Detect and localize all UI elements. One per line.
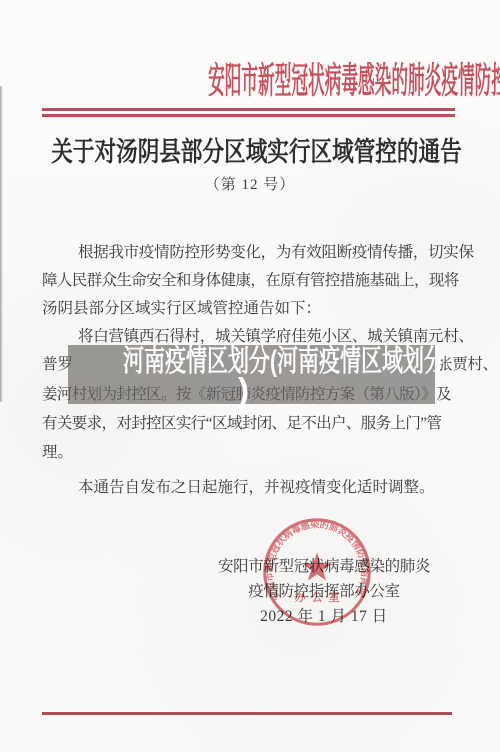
official-seal-graphic: 安阳市新型冠状病毒感染的肺炎疫情防控指挥部 办公室 [259, 514, 375, 630]
scanned-notice-document: 安阳市新型冠状病毒感染的肺炎疫情防控指挥部办公室 关于对汤阴县部分区域实行区域管… [0, 0, 500, 752]
body-line: 汤阴县部分区域实行区域管控通告如下： [42, 296, 458, 318]
body-line: 障人民群众生命安全和身体健康，在原有管控措施基础上，现将 [42, 268, 458, 290]
body-line: 根据我市疫情防控形势变化，为有效阻断疫情传播，切实保 [42, 240, 494, 262]
headline-overlay: 河南疫情区划分(河南疫情区域划分 ) [68, 345, 435, 404]
body-line-fragment-right: 张贾村、 [437, 352, 498, 374]
letterhead: 安阳市新型冠状病毒感染的肺炎疫情防控指挥部办公室 [0, 62, 500, 102]
letterhead-rule-bottom [42, 114, 455, 117]
seal-center-text: 办公室 [295, 590, 346, 604]
document-title: 关于对汤阴县部分区域实行区域管控的通告 [0, 137, 500, 167]
body-line: 将白营镇西石得村，城关镇学府佳苑小区、城关镇南元村、 [42, 324, 494, 346]
document-number: （第 12 号） [0, 173, 500, 194]
scan-edge-shadow [0, 86, 3, 402]
issuing-office-name: 安阳市新型冠状病毒感染的肺炎疫情防控指挥部办公室 [208, 61, 500, 103]
body-line: 理。 [42, 440, 458, 462]
body-line: 本通告自发布之日起施行，并视疫情变化适时调整。 [42, 475, 494, 497]
body-line: 有关要求，对封控区实行“区域封闭、足不出户、服务上门”管 [42, 411, 458, 433]
footer-rule [42, 712, 452, 715]
seal-star-icon [302, 553, 331, 581]
headline-overlay-line2: ) [52, 372, 435, 408]
letterhead-rule-top [42, 108, 455, 111]
official-seal: 安阳市新型冠状病毒感染的肺炎疫情防控指挥部 办公室 [259, 514, 375, 630]
